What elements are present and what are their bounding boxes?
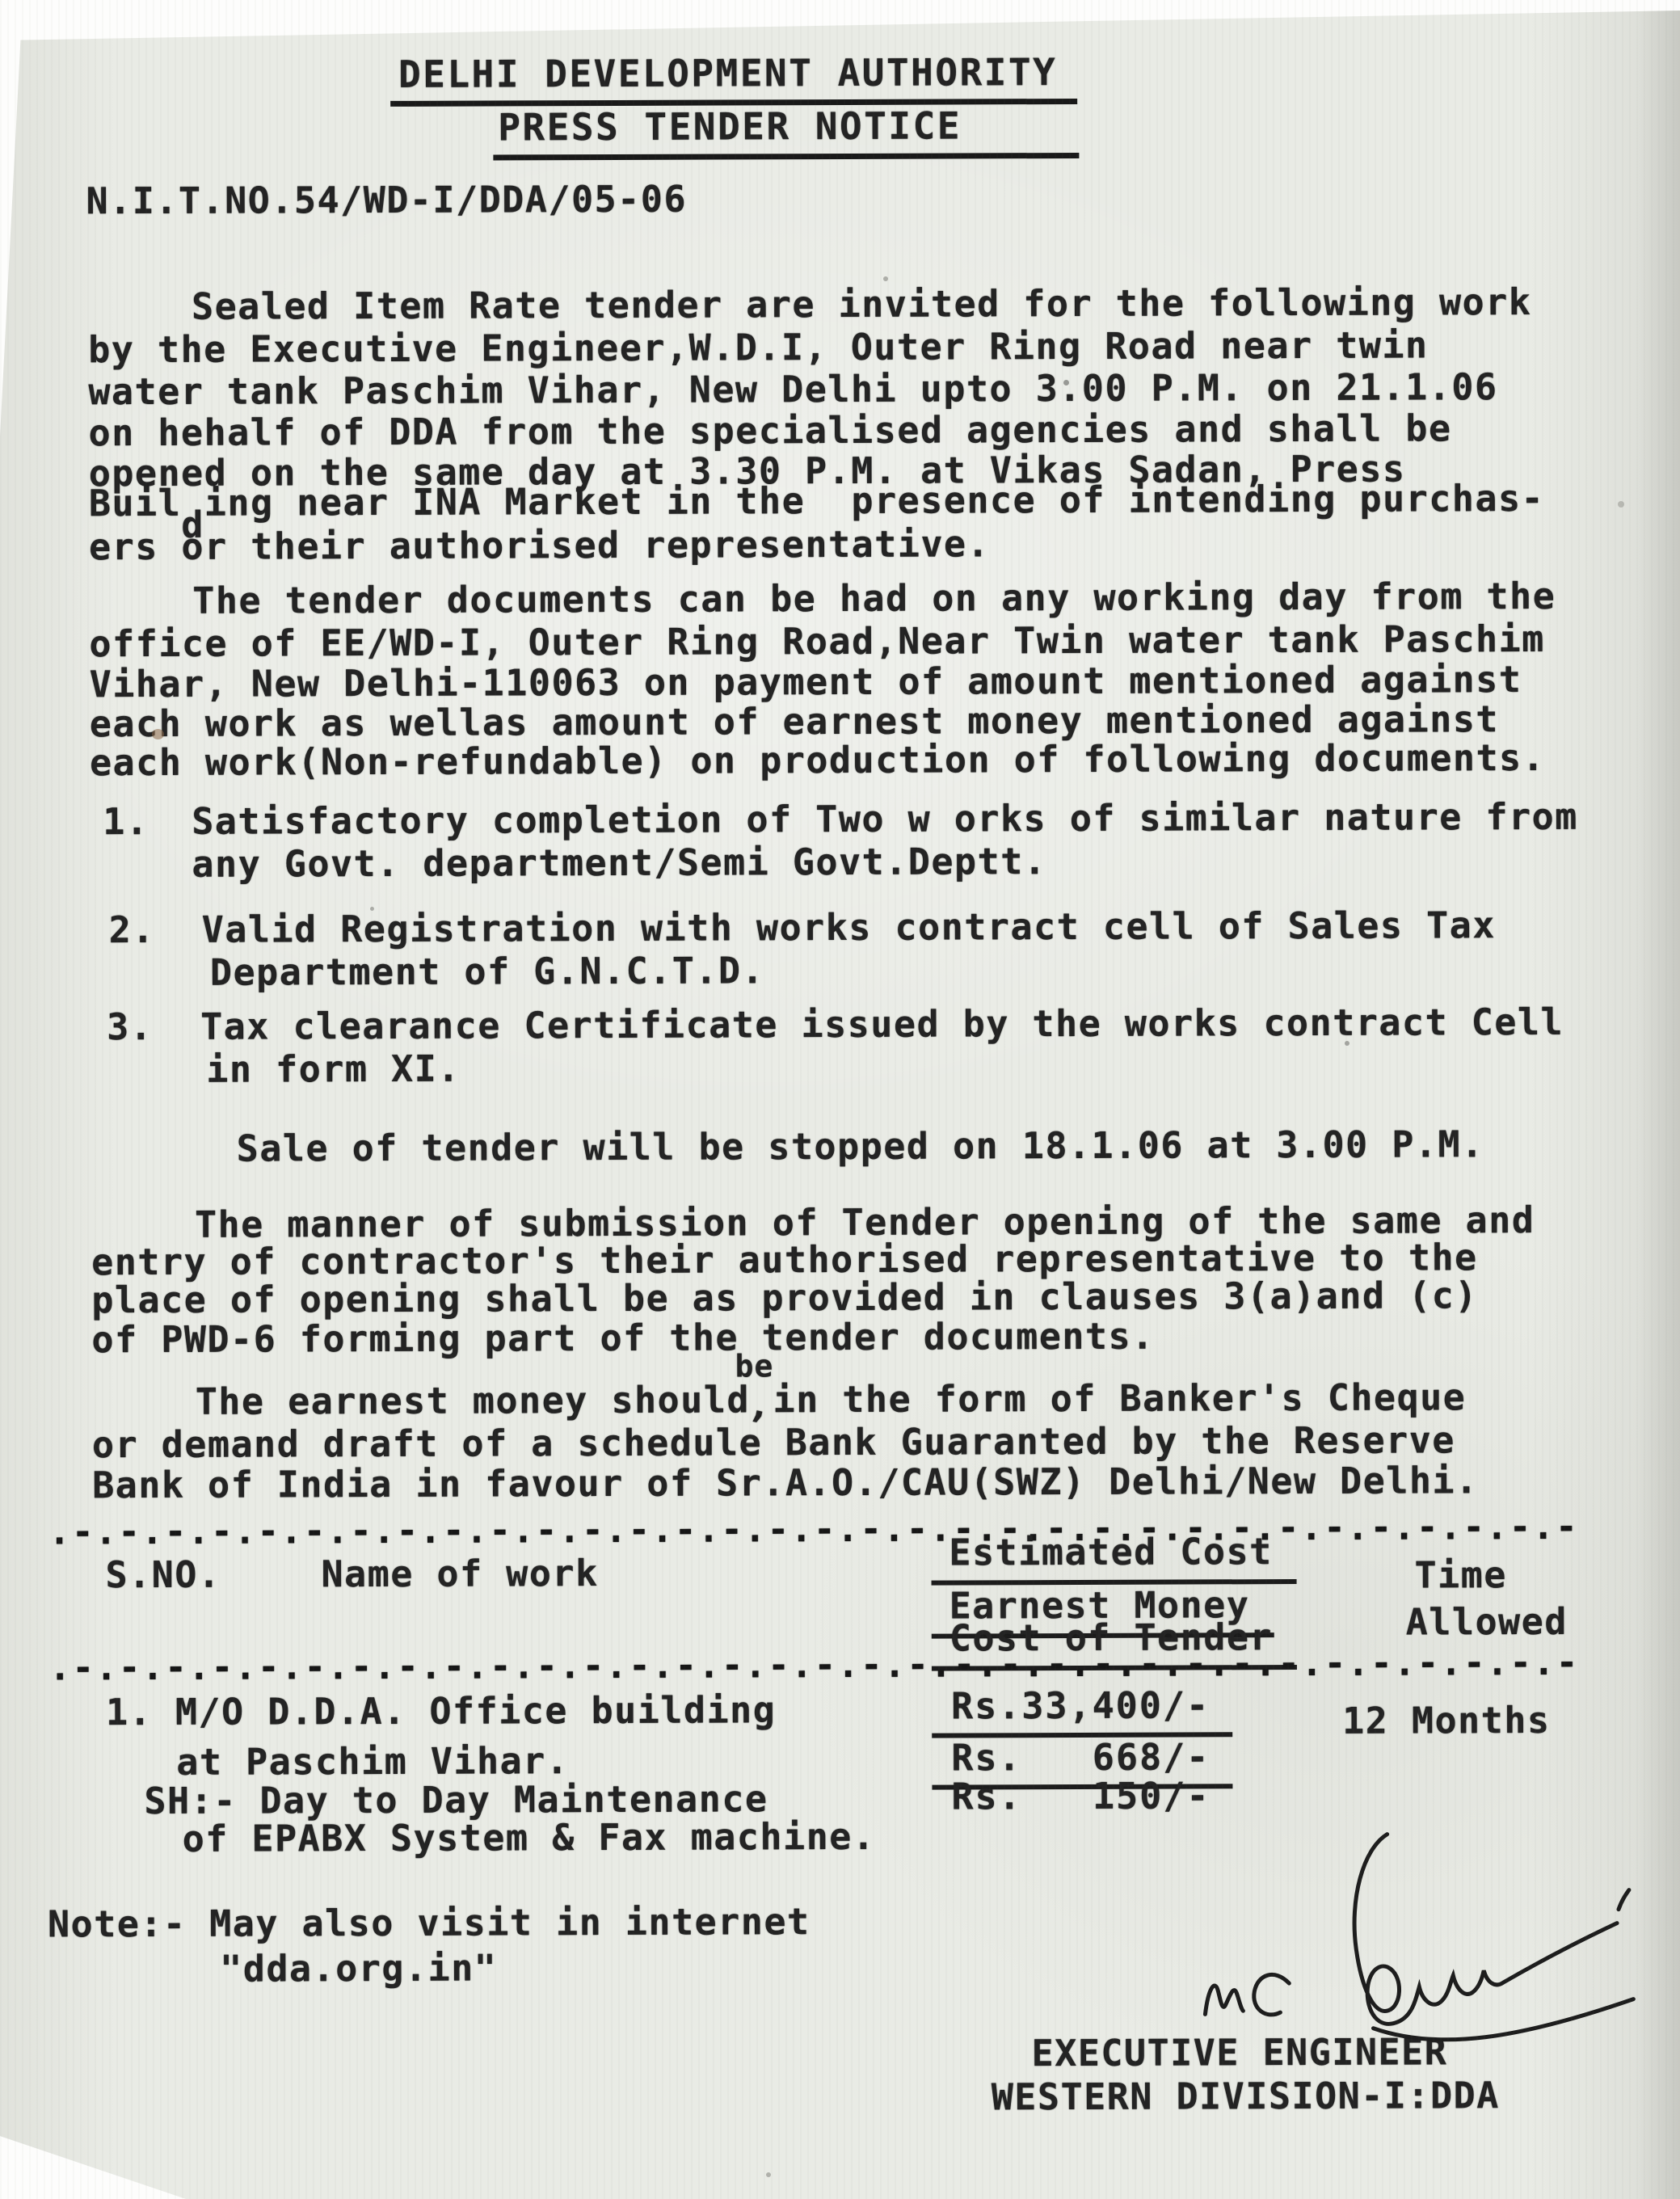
note-line: Note:- May also visit in internet [48, 1901, 811, 1945]
signoff-division: WESTERN DIVISION-I:DDA [992, 2075, 1500, 2118]
list-item-line: Tax clearance Certificate issued by the … [200, 1001, 1564, 1048]
sale-stop-line: Sale of tender will be stopped on 18.1.0… [237, 1123, 1484, 1169]
text-line-with-insertion: The earnest money should,in the form of … [196, 1376, 1467, 1422]
list-item-number: 1. [103, 801, 149, 843]
text-fragment: ing near INA Market in the presence of i… [204, 477, 1545, 524]
page-subtitle: PRESS TENDER NOTICE [498, 104, 1079, 149]
text-fragment: Buil [89, 482, 182, 524]
text-line: by the Executive Engineer,W.D.I, Outer R… [88, 324, 1429, 371]
estimated-cost-value: Rs.33,400/- [932, 1684, 1232, 1738]
time-allowed-value: 12 Months [1342, 1700, 1551, 1742]
column-header-allowed: Allowed [1406, 1601, 1568, 1643]
scan-speck [152, 729, 164, 739]
work-description-line: of EPABX System & Fax machine. [183, 1816, 876, 1860]
dashed-separator: .-.-.-.-.-.-.-.-.-.-.-.-.-.-.-.-.-.-.-.-… [49, 1643, 1580, 1689]
column-header-time: Time [1414, 1554, 1507, 1596]
list-item-line: Satisfactory completion of Two w orks of… [192, 796, 1578, 843]
page-title-text: DELHI DEVELOPMENT AUTHORITY [390, 50, 1077, 107]
text-line: Sealed Item Rate tender are invited for … [192, 281, 1532, 328]
note-website: "dda.org.in" [220, 1947, 497, 1990]
list-item-line: Valid Registration with works contract c… [202, 904, 1496, 950]
text-line: The tender documents can be had on any w… [192, 575, 1556, 622]
column-header-name-of-work: Name of work [321, 1552, 598, 1595]
scan-speck [883, 276, 888, 281]
list-item-number: 3. [107, 1006, 153, 1048]
text-line: Bank of India in favour of Sr.A.O./CAU(S… [92, 1460, 1479, 1506]
text-fragment: The earnest money should [196, 1378, 750, 1422]
dashed-separator: .-.-.-.-.-.-.-.-.-.-.-.-.-.-.-.-.-.-.-.-… [48, 1507, 1579, 1553]
cost-of-tender-value: Rs. 150/- [932, 1775, 1232, 1823]
amount-text: Rs.33,400/- [932, 1684, 1232, 1738]
document-content: DELHI DEVELOPMENT AUTHORITY PRESS TENDER… [0, 0, 1680, 2199]
list-item-line: Department of G.N.C.T.D. [210, 950, 764, 993]
column-header-sno: S.NO. [105, 1554, 221, 1596]
list-item-number: 2. [109, 909, 155, 951]
page-title: DELHI DEVELOPMENT AUTHORITY [398, 51, 1077, 96]
text-line: water tank Paschim Vihar, New Delhi upto… [88, 366, 1497, 413]
nit-number: N.I.T.NO.54/WD-I/DDA/05-06 [86, 179, 687, 222]
scanned-document-page: DELHI DEVELOPMENT AUTHORITY PRESS TENDER… [0, 0, 1680, 2199]
scan-speck [1345, 1041, 1349, 1046]
list-item-line: in form XI. [206, 1048, 461, 1091]
work-description-line: 1. M/O D.D.A. Office building [106, 1689, 776, 1734]
amount-text: Rs. 150/- [932, 1775, 1232, 1823]
text-line: of PWD-6 forming part of the tender docu… [91, 1316, 1154, 1361]
scan-speck [1063, 380, 1069, 385]
text-line: place of opening shall be as provided in… [91, 1274, 1478, 1321]
column-header-estimated-cost: Estimated Cost [931, 1531, 1297, 1585]
scan-edge-right [1636, 0, 1680, 2199]
scan-speck [370, 907, 374, 911]
text-line: ers or their authorised representative. [89, 523, 990, 568]
signature-handwriting [1131, 1826, 1648, 2070]
text-fragment: in the form of Banker's Cheque [773, 1375, 1466, 1421]
page-subtitle-text: PRESS TENDER NOTICE [493, 103, 1079, 161]
column-header-text: Estimated Cost [931, 1531, 1297, 1585]
scan-speck [766, 2172, 771, 2177]
text-line: each work(Non-refundable) on production … [90, 737, 1545, 784]
scan-speck [1618, 501, 1624, 508]
inserted-word: be [735, 1349, 774, 1384]
text-line-building-typo: Building near INA Market in the presence… [89, 478, 1544, 524]
list-item-line: any Govt. department/Semi Govt.Deptt. [192, 840, 1046, 885]
work-description-line: at Paschim Vihar. [176, 1740, 569, 1783]
